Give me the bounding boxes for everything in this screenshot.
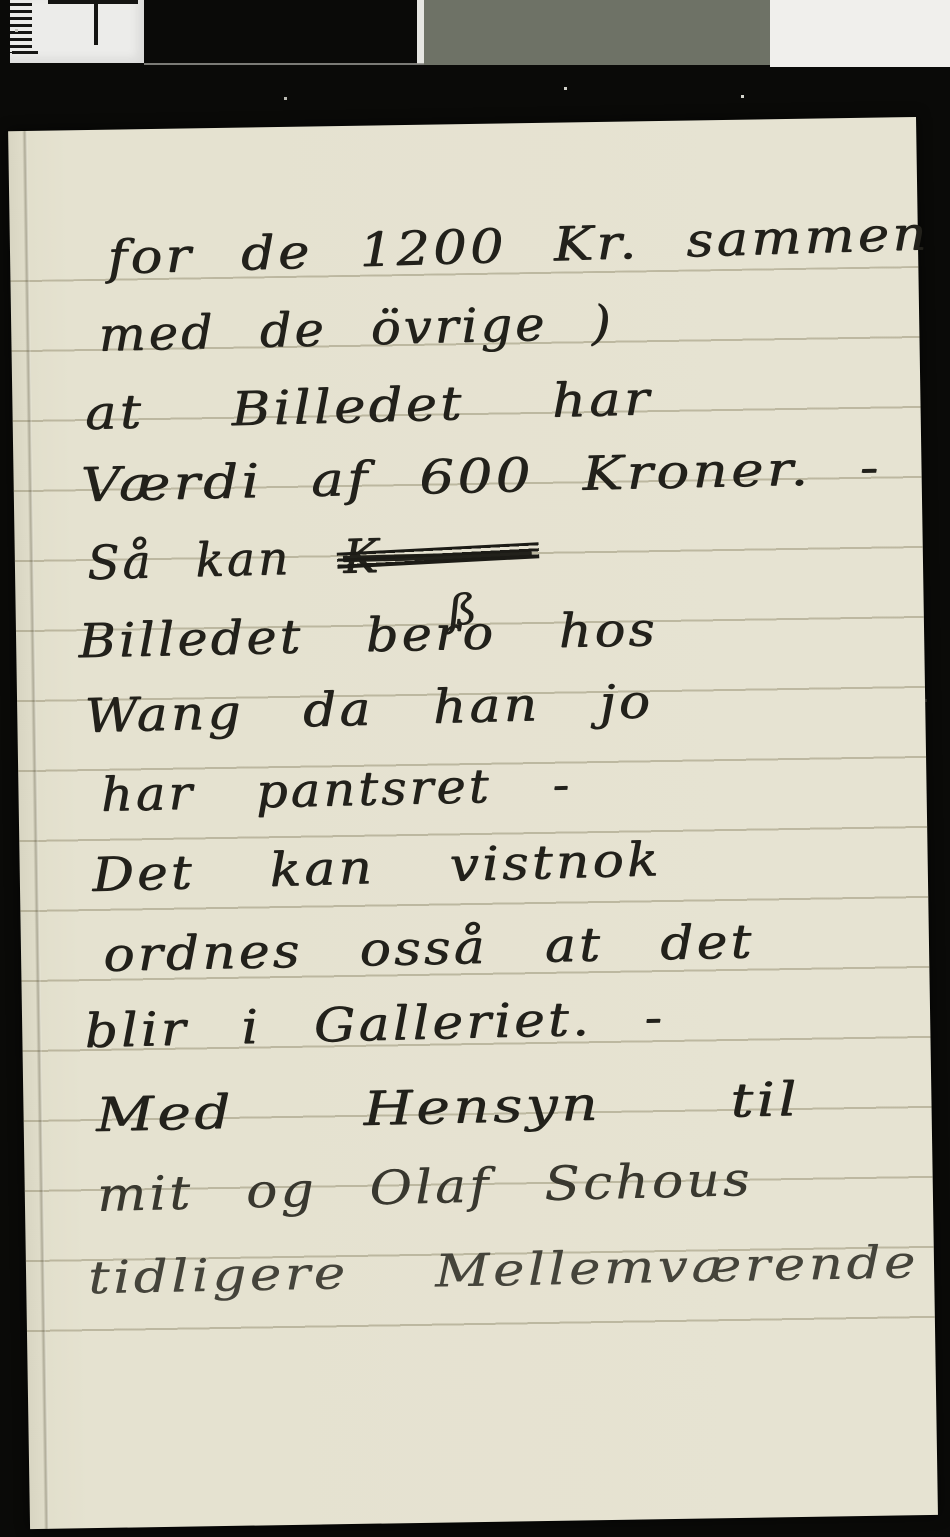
ruler-ticks — [10, 3, 32, 53]
dust-specks — [0, 0, 1, 1]
registration-cross-icon — [94, 0, 98, 45]
handwriting-line: med de övrige ) — [98, 299, 614, 359]
registration-cross-icon — [48, 0, 138, 4]
handwriting-line: ordnes osså at det — [103, 918, 755, 979]
white-gap-sliver — [417, 0, 424, 64]
gray-calibration-patch — [424, 0, 770, 65]
handwriting-line: Wang da han jo — [84, 678, 654, 740]
scan-background: for de 1200 Kr. sammen med de övrige ) a… — [0, 0, 950, 1537]
handwriting-line: blir i Galleriet. - — [84, 994, 666, 1055]
handwriting-line: har pantsret - — [100, 761, 572, 819]
struck-out-word: K——— — [342, 529, 531, 581]
strip-divider-line — [144, 63, 424, 65]
white-calibration-patch — [770, 0, 950, 67]
handwriting-line: Så kanK——— — [87, 529, 532, 587]
letter-page: for de 1200 Kr. sammen med de övrige ) a… — [8, 117, 938, 1529]
handwriting-text: Så kan — [86, 531, 291, 591]
handwriting-line: at Billedet har — [84, 375, 653, 437]
handwriting-line: Billedet bero hos — [78, 606, 658, 665]
ruler-tick — [12, 51, 38, 54]
calibration-card — [10, 0, 144, 63]
